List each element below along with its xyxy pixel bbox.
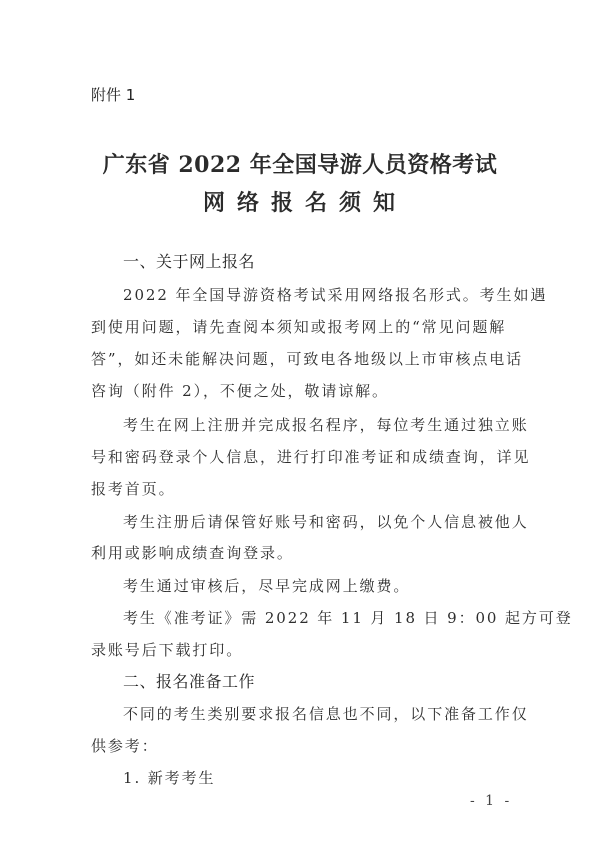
paragraph-line: 考生《准考证》需 2022 年 11 月 18 日 9：00 起方可登 — [123, 608, 511, 628]
document-title-line2: 网络报名须知 — [0, 186, 600, 217]
paragraph-line: 报考首页。 — [91, 479, 511, 499]
page-number: - 1 - — [470, 793, 512, 809]
document-title-line1: 广东省 2022 年全国导游人员资格考试 — [0, 148, 600, 179]
attachment-label: 附件 1 — [91, 84, 135, 105]
document-page: 附件 1 广东省 2022 年全国导游人员资格考试 网络报名须知 一、关于网上报… — [0, 0, 600, 848]
paragraph-line: 利用或影响成绩查询登录。 — [91, 543, 511, 563]
paragraph-line: 到使用问题，请先查阅本须知或报考网上的“常见问题解 — [91, 317, 511, 337]
paragraph-line: 答”，如还未能解决问题，可致电各地级以上市审核点电话 — [91, 349, 511, 369]
paragraph-line: 考生在网上注册并完成报名程序，每位考生通过独立账 — [123, 415, 511, 435]
section-heading-online-registration: 一、关于网上报名 — [123, 252, 511, 272]
paragraph-line: 考生注册后请保管好账号和密码，以免个人信息被他人 — [123, 512, 511, 532]
paragraph-line: 考生通过审核后，尽早完成网上缴费。 — [123, 576, 511, 596]
paragraph-line: 2022 年全国导游资格考试采用网络报名形式。考生如遇 — [123, 285, 511, 305]
paragraph-line: 录账号后下载打印。 — [91, 640, 511, 660]
paragraph-line: 号和密码登录个人信息，进行打印准考证和成绩查询，详见 — [91, 447, 511, 467]
section-heading-registration-preparation: 二、报名准备工作 — [123, 672, 511, 692]
paragraph-line: 不同的考生类别要求报名信息也不同，以下准备工作仅 — [123, 704, 511, 724]
paragraph-line: 供参考： — [91, 736, 511, 756]
paragraph-line: 咨询（附件 2），不便之处，敬请谅解。 — [91, 381, 511, 401]
list-item-new-candidates: 1. 新考考生 — [123, 768, 511, 788]
